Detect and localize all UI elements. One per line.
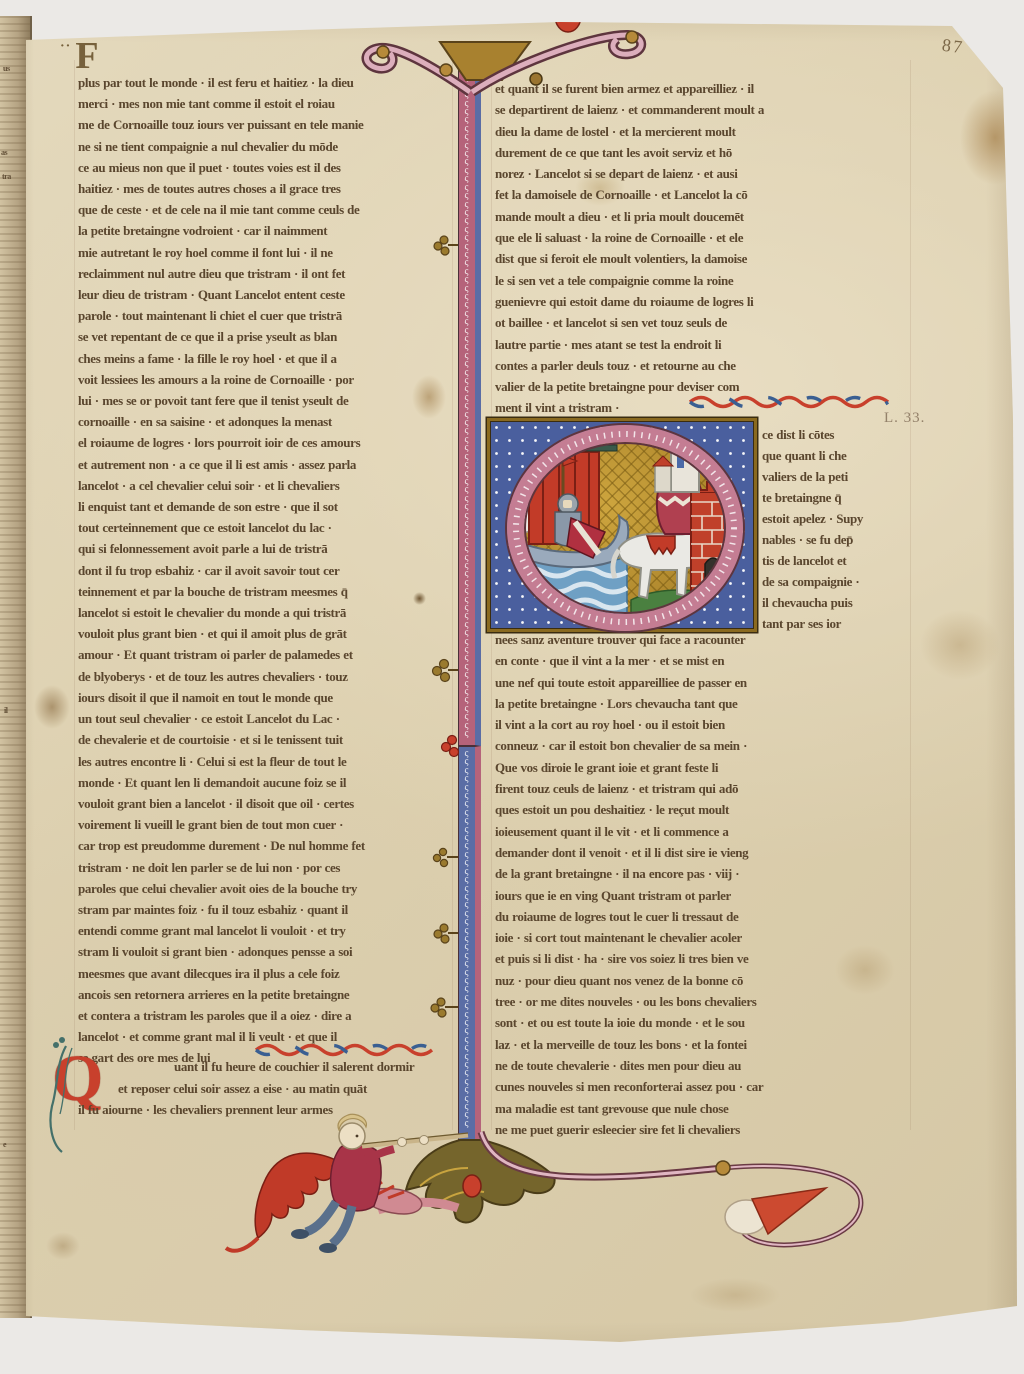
left-text-column: plus par tout le monde · il est feru et … (78, 72, 450, 1069)
red-tunic-torso (331, 1143, 381, 1211)
text-line: lancelot · a cel chevalier celui soir · … (78, 475, 450, 496)
hybrid-flute-player (226, 1114, 468, 1253)
parchment-stain (34, 685, 70, 729)
text-line: norez · Lancelot si se depart de laienz … (495, 163, 908, 184)
text-line: valier de la petite bretaingne pour devi… (495, 376, 908, 397)
parchment-stain (46, 1232, 80, 1260)
text-line: que ele li saluast · la roine de Cornoai… (495, 227, 908, 248)
edge-text-fragment: il (4, 706, 7, 715)
text-line: voirement li vueill le grant bien de tou… (78, 814, 450, 835)
text-line: ce dist li cōtes (762, 424, 912, 445)
quire-mark-dots: ·· (60, 39, 71, 54)
text-line: ioieusement quant il le vit · et li comm… (495, 821, 908, 842)
flute (362, 1135, 468, 1146)
text-line: du roiaume de logres tout le cuer li tre… (495, 906, 908, 927)
text-line: de chevalerie et de courtoisie · et si l… (78, 729, 450, 750)
text-line: un tout seul chevalier · ce estoit Lance… (78, 708, 450, 729)
text-line: nees sanz aventure trouver qui face a ra… (495, 629, 908, 650)
text-line: une nef qui toute estoit appareilliee de… (495, 672, 908, 693)
gold-bead (716, 1161, 730, 1175)
edge-text-fragment: tra (2, 172, 11, 181)
text-line: vouloit grant bien a lancelot · il disoi… (78, 793, 450, 814)
text-line: leur dieu de tristram · Quant Lancelot e… (78, 284, 450, 305)
text-line: laz · et la merveille de touz les bons ·… (495, 1034, 908, 1055)
text-line: qui si felonnessement avoit parle a lui … (78, 538, 450, 559)
sea-waves-icon (519, 552, 627, 620)
text-line: valiers de la peti (762, 466, 912, 487)
text-line: il fu aiourne · les chevaliers prennent … (78, 1099, 450, 1121)
head (339, 1123, 365, 1149)
grass-ground (631, 590, 731, 620)
text-line: firent touz ceuls de laienz · et tristra… (495, 778, 908, 799)
quire-mark: ··F (60, 28, 99, 75)
text-line: se vet repentant de ce que il a prise ys… (78, 326, 450, 347)
text-line: mie autretant le roy hoel comme il font … (78, 242, 450, 263)
gold-knot (626, 31, 638, 43)
right-text-column-beside-miniature: ce dist li cōtesque quant li chevaliers … (762, 424, 912, 634)
ruling-line (74, 60, 75, 1130)
text-line: ancois sen retornera arrieres en la peti… (78, 984, 450, 1005)
left-text-column-after-initial: uant il fu heure de couchier il salerent… (78, 1056, 450, 1121)
manuscript-photo: us as tra il e ··F 87 L. 33. plus par to… (0, 0, 1024, 1374)
red-wing (255, 1153, 336, 1238)
text-line: et autrement non · a ce que il li est am… (78, 454, 450, 475)
text-line: el roiaume de logres · lors pourroit ioi… (78, 432, 450, 453)
ruling-line (452, 60, 453, 1130)
text-line: ot baillee · et lancelot si sen vet touz… (495, 312, 908, 333)
knight-in-boat (555, 454, 605, 558)
text-line: la petite bretaingne vodroient · car il … (78, 220, 450, 241)
edge-text-fragment: us (3, 64, 10, 73)
text-line: dist que si feroit ele moult volentiers,… (495, 248, 908, 269)
parchment-stain (690, 1278, 780, 1312)
text-line: li enquist tant et demande de son estre … (78, 496, 450, 517)
text-line: mande moult a dieu · et li pria moult do… (495, 206, 908, 227)
text-line: merci · mes non mie tant comme il estoit… (78, 93, 450, 114)
hand (420, 1136, 429, 1145)
text-line: tristram · ne doit len parler se de lui … (78, 857, 450, 878)
text-line: voit lessiees les amours a la roine de C… (78, 369, 450, 390)
text-line: dieu la dame de lostel · et la mercieren… (495, 121, 908, 142)
text-line: tis de lancelot et (762, 550, 912, 571)
text-line: stram li vouloit si grant bien · adonque… (78, 941, 450, 962)
text-line: iours que ie en ving Quant tristram ot p… (495, 885, 908, 906)
text-line: vouloit plus grant bien · et qui il amoi… (78, 623, 450, 644)
text-line: uant il fu heure de couchier il salerent… (78, 1056, 450, 1078)
text-line: ment il vint a tristram · (495, 397, 908, 418)
right-text-column-below-miniature: nees sanz aventure trouver qui face a ra… (495, 629, 908, 1140)
text-line: lancelot si estoit le chevalier du monde… (78, 602, 450, 623)
text-line: se departirent de laienz · et commandere… (495, 99, 908, 120)
text-line: reclaimment nul autre dieu que tristram … (78, 263, 450, 284)
text-line: les autres encontre li · Celui si est la… (78, 751, 450, 772)
text-line: de sa compaignie · (762, 571, 912, 592)
blue-legs (306, 1202, 352, 1244)
text-line: et reposer celui soir assez a eise · au … (78, 1078, 450, 1100)
text-line: contes a parler deuls touz · et retourne… (495, 355, 908, 376)
edge-text-fragment: as (1, 148, 7, 157)
text-line: de blyoberys · et de touz les autres che… (78, 666, 450, 687)
text-line: cornoaille · en sa saisine · et adonques… (78, 411, 450, 432)
text-line: ioie · si cort tout maintenant le cheval… (495, 927, 908, 948)
bar-filigree-lower: ς ς ς ς ς ς ς ς ς ς ς ς ς ς ς ς ς ς ς ς … (459, 750, 474, 1134)
horse-head-in-boat (519, 493, 541, 532)
text-line: dont il fu trop esbahiz · car il avoit s… (78, 560, 450, 581)
text-line: conneuz · car il estoit bon chevalier de… (495, 735, 908, 756)
parchment-stain (920, 610, 1000, 680)
red-bud (447, 0, 469, 24)
bottom-foliate-ornament (406, 1132, 861, 1245)
boat-hull (519, 516, 628, 567)
text-line: en conte · que il vint a la mer · et se … (495, 650, 908, 671)
text-line: meesmes que avant dilecques ira il plus … (78, 963, 450, 984)
edge-text-fragment: e (3, 1140, 6, 1149)
text-line: me de Cornoaille touz iours ver puissant… (78, 114, 450, 135)
rider-in-red-robe (657, 467, 703, 534)
text-line: Que vos diroie le grant ioie et grant fe… (495, 757, 908, 778)
text-line: que de ceste · et de cele na il mie tant… (78, 199, 450, 220)
text-line: tree · or me dites nouveles · ou les bon… (495, 991, 908, 1012)
text-line: il vint a la cort au roy hoel · ou il es… (495, 714, 908, 735)
text-line: ce au mieus non que il puet · toutes voi… (78, 157, 450, 178)
text-line: nables · se fu dep̄ (762, 529, 912, 550)
parchment-stain (960, 90, 1024, 185)
text-line: amour · Et quant tristram oi parler de p… (78, 644, 450, 665)
text-line: il chevaucha puis (762, 592, 912, 613)
text-line: durement de ce que tant les avoit serviz… (495, 142, 908, 163)
parchment-page: ··F 87 L. 33. plus par tout le monde · i… (0, 0, 1024, 1374)
red-pointed-hood (752, 1188, 826, 1234)
text-line: que quant li che (762, 445, 912, 466)
text-line: sont · et ou est toute la ioie du monde … (495, 1012, 908, 1033)
text-line: et puis si li dist · ha · sire vos soiez… (495, 948, 908, 969)
miniature-historiated-initial (487, 418, 757, 632)
hooded-face (725, 1200, 767, 1234)
text-line: lautre partie · mes atant se test la end… (495, 334, 908, 355)
red-bud (555, 0, 581, 32)
text-line: cunes nouveles si men reconforterai asse… (495, 1076, 908, 1097)
white-horse (613, 524, 713, 598)
text-line: teinnement et par la bouche de tristram … (78, 581, 450, 602)
text-line: lui · mes se or povoit tant fere que il … (78, 390, 450, 411)
text-line: haitiez · mes de toutes autres choses a … (78, 178, 450, 199)
text-line: le si sen vet a tele compaignie comme la… (495, 270, 908, 291)
feathered-haunch (364, 1189, 422, 1214)
text-line: stram par maintes foiz · fu il touz esba… (78, 899, 450, 920)
text-line: guenievre qui estoit dame du roiaume de … (495, 291, 908, 312)
text-line: estoit apelez · Supy (762, 508, 912, 529)
text-line: lancelot · et comme grant mal il li veul… (78, 1026, 450, 1047)
text-line: ches meins a fame · la fille le roy hoel… (78, 348, 450, 369)
miniature-gold-ground (519, 436, 731, 620)
text-line: fet la damoisele de Cornoaille · et Lanc… (495, 184, 908, 205)
gold-knot (377, 46, 389, 58)
text-line: ne de toute chevalerie · dites men pour … (495, 1055, 908, 1076)
text-line: et contera a tristram les paroles que il… (78, 1005, 450, 1026)
text-line: car trop est preudomme durement · De nul… (78, 835, 450, 856)
text-line: nuz · pour dieu quant nos venez de la bo… (495, 970, 908, 991)
text-line: ma maladie est tant grevouse que nule ch… (495, 1098, 908, 1119)
text-line: monde · Et quant len li demandoit aucune… (78, 772, 450, 793)
miniature-scene (519, 436, 731, 620)
text-line: demander dont il venoit · et il li dist … (495, 842, 908, 863)
red-bud (463, 1175, 481, 1197)
text-line: te bretaingne q̄ (762, 487, 912, 508)
text-line: ne me puet guerir esleecier sire fet li … (495, 1119, 908, 1140)
text-line: la petite bretaingne · Lors chevaucha ta… (495, 693, 908, 714)
text-line: ques estoit un pou deshaitiez · le reçut… (495, 799, 908, 820)
red-sail (521, 445, 617, 544)
right-text-column-above-miniature: et quant il se furent bien armez et appa… (495, 78, 908, 419)
castle (653, 436, 731, 620)
text-line: de la grant bretaingne · il na encore pa… (495, 863, 908, 884)
folio-number: 87 (941, 35, 965, 59)
text-line: parole · tout maintenant li chiet el cue… (78, 305, 450, 326)
text-line: paroles que celui chevalier avoit oies d… (78, 878, 450, 899)
text-line: entendi comme grant mal lancelot li voul… (78, 920, 450, 941)
text-line: et quant il se furent bien armez et appa… (495, 78, 908, 99)
text-line: tout certeinnement que ce estoit lancelo… (78, 517, 450, 538)
text-line: plus par tout le monde · il est feru et … (78, 72, 450, 93)
hand (398, 1138, 407, 1147)
text-line: ne si ne tient compaignie a nul chevalie… (78, 136, 450, 157)
bar-filigree-upper: ς ς ς ς ς ς ς ς ς ς ς ς ς ς ς ς ς ς ς ς … (459, 66, 474, 738)
text-line: iours disoit il que il namoit en tout le… (78, 687, 450, 708)
